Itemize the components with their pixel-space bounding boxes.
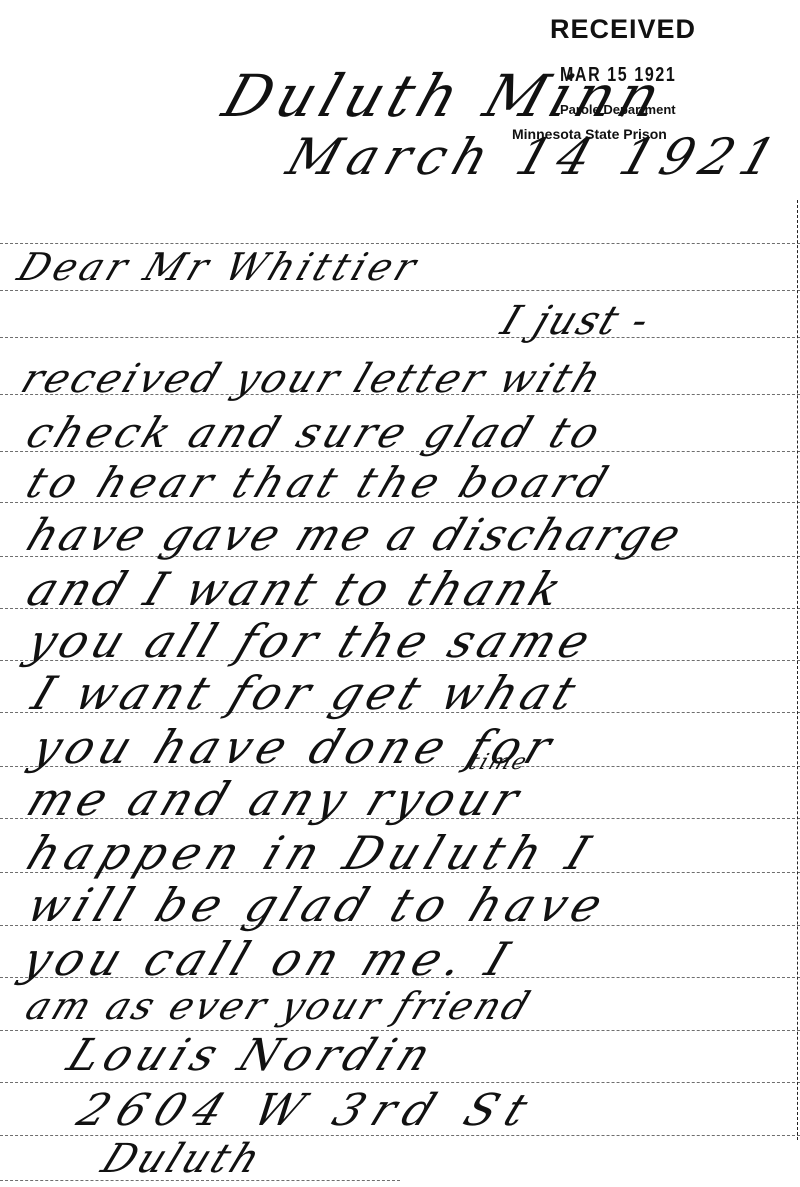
body-line: will be glad to have [20, 878, 616, 932]
ruled-line [0, 1082, 800, 1083]
body-line: I just - [495, 298, 657, 344]
body-line: and I want to thank [20, 562, 573, 616]
ruled-line [0, 290, 800, 291]
body-line: have gave me a discharge [20, 510, 691, 561]
address-city: Duluth [95, 1136, 270, 1182]
body-line: I want for get what [25, 666, 588, 720]
body-line: you call on me. I [15, 932, 522, 986]
heading-date: March 14 1921 [280, 128, 791, 186]
body-line: to hear that the board [20, 458, 619, 507]
heading-place: Duluth Minn [215, 62, 675, 130]
received-stamp-title: RECEIVED [550, 14, 696, 45]
body-line: me and any ryour [20, 772, 531, 826]
ruled-line [0, 337, 800, 338]
body-line: happen in Duluth I [20, 826, 604, 880]
body-line: you all for the same [20, 614, 602, 668]
salutation: Dear Mr Whittier [12, 245, 426, 289]
page-edge [797, 200, 798, 1140]
ruled-line [0, 243, 800, 244]
letter-page: RECEIVED MAR 15 1921 Parole Department M… [0, 0, 800, 1187]
body-line: check and sure glad to [20, 408, 611, 457]
signature: Louis Nordin [60, 1030, 444, 1081]
address-street: 2604 W 3rd St [70, 1085, 545, 1136]
body-line: am as ever your friend [20, 984, 538, 1028]
body-line: received your letter with [15, 356, 610, 402]
